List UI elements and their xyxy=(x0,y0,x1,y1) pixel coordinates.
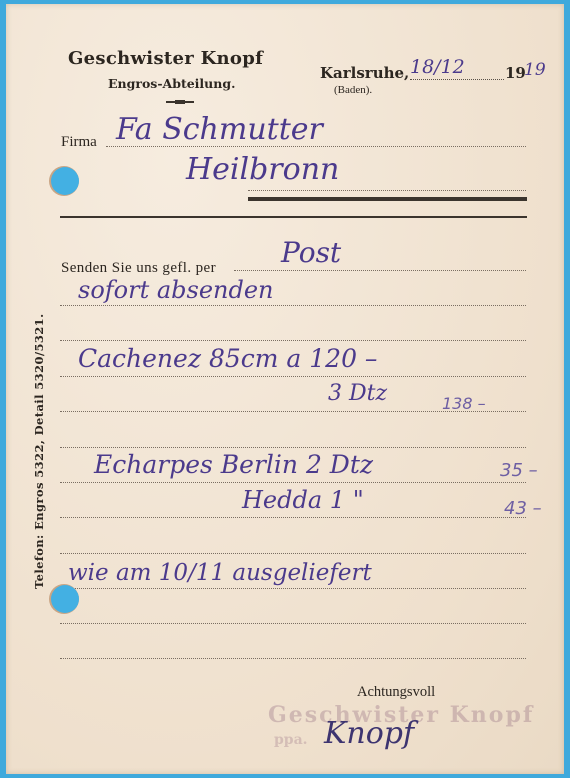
firma-label: Firma xyxy=(61,134,97,151)
stamp-ppa: ppa. xyxy=(274,732,308,748)
order-line-3: 3 Dtz xyxy=(328,381,387,406)
order-card: Geschwister Knopf Engros-Abteilung. Karl… xyxy=(6,4,564,774)
address-underline xyxy=(248,197,527,201)
closing-text: Achtungsvoll xyxy=(357,684,435,701)
line-7 xyxy=(60,517,526,518)
line-8 xyxy=(60,553,526,554)
telephone-numbers: Telefon: Engros 5322, Detail 5320/5321. xyxy=(32,314,46,589)
handwritten-date: 18/12 xyxy=(410,56,465,78)
line-1 xyxy=(60,305,526,306)
line-11 xyxy=(60,658,526,659)
city: Karlsruhe, xyxy=(320,64,409,82)
order-line-1: sofort absenden xyxy=(78,276,274,304)
line-5 xyxy=(60,447,526,448)
punch-hole-top xyxy=(51,167,79,195)
senden-label: Senden Sie uns gefl. per xyxy=(61,260,216,277)
amount-5: 43 – xyxy=(504,498,542,519)
department-name: Engros-Abteilung. xyxy=(108,76,235,91)
order-line-4: Echarpes Berlin 2 Dtz xyxy=(94,450,373,479)
handwritten-firm-1: Fa Schmutter xyxy=(116,112,323,147)
handwritten-year: 19 xyxy=(524,60,546,80)
line-3 xyxy=(60,376,526,377)
amount-3: 138 – xyxy=(442,394,486,413)
order-line-5: Hedda 1 " xyxy=(242,486,364,514)
order-line-6: wie am 10/11 ausgeliefert xyxy=(68,560,372,586)
line-2 xyxy=(60,340,526,341)
line-10 xyxy=(60,623,526,624)
firma-line-2 xyxy=(248,190,526,191)
ornament-divider xyxy=(166,101,194,103)
region: (Baden). xyxy=(334,84,372,96)
section-rule xyxy=(60,216,527,218)
line-shipping xyxy=(234,270,526,271)
order-line-2: Cachenez 85cm a 120 – xyxy=(78,344,377,373)
handwritten-shipping: Post xyxy=(281,236,341,269)
date-line xyxy=(410,79,504,80)
signature: Knopf xyxy=(324,716,414,751)
year-prefix: 19 xyxy=(505,64,526,82)
line-6 xyxy=(60,482,526,483)
handwritten-firm-2: Heilbronn xyxy=(186,152,339,187)
line-9 xyxy=(60,588,526,589)
punch-hole-bottom xyxy=(51,585,79,613)
company-name: Geschwister Knopf xyxy=(68,48,263,69)
amount-4: 35 – xyxy=(500,460,538,481)
